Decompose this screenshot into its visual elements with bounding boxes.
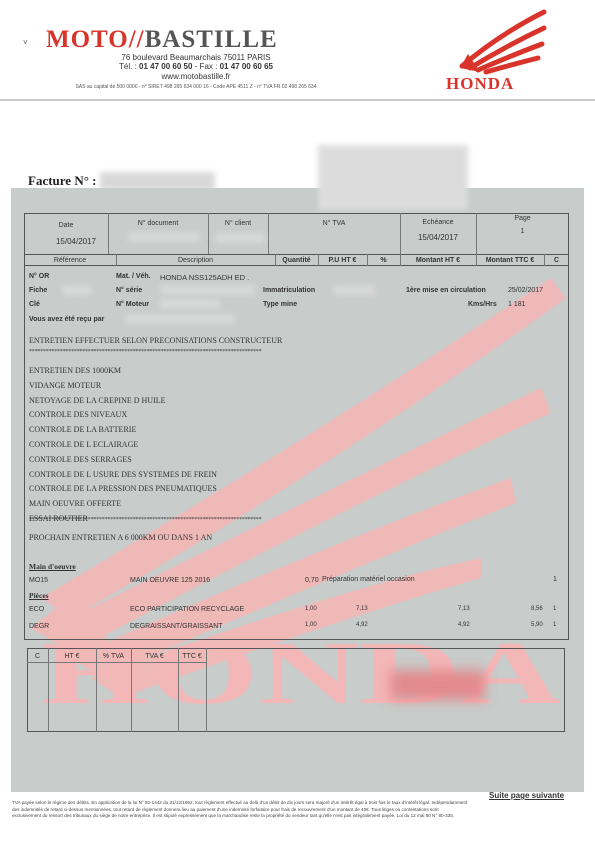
labor-c: 1 xyxy=(553,576,557,583)
legal-footer: TVA payée selon le régime des débits. En… xyxy=(12,800,587,820)
note-item: CONTROLE DES NIVEAUX xyxy=(29,410,127,419)
labor-qty: 0,70 xyxy=(305,577,319,584)
part-c: 1 xyxy=(553,606,556,612)
col-c: C xyxy=(544,257,569,264)
next-service-note: PROCHAIN ENTRETIEN A 6 000KM OU DANS 1 A… xyxy=(29,533,212,542)
col-description: Description xyxy=(116,257,275,264)
col-reference: Référence xyxy=(24,257,116,264)
received-by-label: Vous avez été reçu par xyxy=(29,316,104,323)
document-number-label: N° document xyxy=(108,220,208,227)
kms-value: 1 181 xyxy=(508,301,526,308)
key-label: Clé xyxy=(29,301,40,308)
registration-redacted xyxy=(333,285,375,295)
received-by-redacted xyxy=(125,314,235,324)
note-item: CONTROLE DE LA PRESSION DES PNEUMATIQUES xyxy=(29,484,217,493)
part-ttc: 5,90 xyxy=(531,622,543,628)
client-number-label: N° client xyxy=(208,220,268,227)
engine-number-label: N° Moteur xyxy=(116,301,149,308)
totals-col-vat: TVA € xyxy=(131,653,178,660)
part-pu: 4,92 xyxy=(356,622,368,628)
engine-number-redacted xyxy=(160,299,220,309)
kms-label: Kms/Hrs xyxy=(468,301,497,308)
part-desc: DEGRAISSANT/GRAISSANT xyxy=(130,623,223,630)
col-quantity: Quantité xyxy=(275,257,318,264)
part-c: 1 xyxy=(553,622,556,628)
labor-ref: MO15 xyxy=(29,577,48,584)
company-phone-line: Tél. : 01 47 00 60 50 - Fax : 01 47 00 6… xyxy=(46,62,346,71)
part-qty: 1,00 xyxy=(305,606,317,612)
col-amount-ttc: Montant TTC € xyxy=(476,257,544,264)
registration-label: Immatriculation xyxy=(263,287,315,294)
page-label: Page xyxy=(476,215,569,222)
note-item: CONTROLE DES SERRAGES xyxy=(29,455,132,464)
vehicle-label: Mat. / Véh. xyxy=(116,273,151,280)
due-date-label: Echéance xyxy=(400,219,476,226)
notes-separator: ****************************************… xyxy=(29,349,261,355)
note-item: CONTROLE DE L USURE DES SYSTEMES DE FREI… xyxy=(29,470,217,479)
fax-label: - Fax : xyxy=(195,62,218,71)
tel-label: Tél. : xyxy=(119,62,137,71)
or-label: N° OR xyxy=(29,273,49,280)
part-ht: 4,92 xyxy=(458,622,470,628)
fiche-label: Fiche xyxy=(29,287,47,294)
notes-separator-bottom: ****************************************… xyxy=(29,517,261,523)
part-qty: 1,00 xyxy=(305,622,317,628)
part-ttc: 8,56 xyxy=(531,606,543,612)
company-logo: MOTO//BASTILLE xyxy=(46,26,278,54)
due-date-value: 15/04/2017 xyxy=(400,233,476,242)
labor-section-title: Main d'oeuvre xyxy=(29,562,76,571)
client-number-redacted xyxy=(215,233,265,243)
continued-next-page: Suite page suivante xyxy=(489,791,564,800)
col-amount-ht: Montant HT € xyxy=(400,257,476,264)
notes-title: ENTRETIEN EFFECTUER SELON PRECONISATIONS… xyxy=(29,336,282,345)
date-label: Date xyxy=(24,222,108,229)
fax-number: 01 47 00 60 65 xyxy=(220,62,273,71)
logo-bastille: BASTILLE xyxy=(145,26,278,53)
company-legal: SAS au capital de 500 000€ - n° SIRET 49… xyxy=(46,84,346,90)
totals-col-c: C xyxy=(27,653,48,660)
note-item: CONTROLE DE LA BATTERIE xyxy=(29,425,136,434)
totals-col-ht: HT € xyxy=(48,653,96,660)
part-ht: 7,13 xyxy=(458,606,470,612)
totals-col-vat-rate: % TVA xyxy=(96,653,131,660)
note-item: CONTROLE DE L ECLAIRAGE xyxy=(29,440,138,449)
first-circulation-value: 25/02/2017 xyxy=(508,287,543,294)
scan-mark: ˅ xyxy=(23,38,28,47)
part-pu: 7,13 xyxy=(356,606,368,612)
col-unit-price: P.U HT € xyxy=(318,257,367,264)
honda-brand-text: HONDA xyxy=(446,74,514,94)
note-item: ENTRETIEN DES 1000KM xyxy=(29,366,121,375)
totals-col-ttc: TTC € xyxy=(178,653,206,660)
vat-number-label: N° TVA xyxy=(268,220,400,227)
part-ref: ECO xyxy=(29,606,44,613)
part-desc: ECO PARTICIPATION RECYCLAGE xyxy=(130,606,244,613)
serial-label: N° série xyxy=(116,287,142,294)
note-item: VIDANGE MOTEUR xyxy=(29,381,101,390)
footer-line-3: exclusivement du ressort des tribunaux d… xyxy=(12,813,587,820)
note-item: MAIN OEUVRE OFFERTE xyxy=(29,499,121,508)
serial-redacted xyxy=(160,285,255,295)
date-value: 15/04/2017 xyxy=(24,237,128,246)
fiche-redacted xyxy=(62,285,92,295)
note-item: NETOYAGE DE LA CREPINE D HUILE xyxy=(29,396,166,405)
tel-number: 01 47 00 60 50 xyxy=(139,62,192,71)
logo-moto: MOTO xyxy=(46,26,129,53)
logo-separator: // xyxy=(129,26,145,53)
part-ref: DEGR xyxy=(29,623,49,630)
col-percent: % xyxy=(367,257,400,264)
total-amount-redacted xyxy=(390,670,485,700)
document-number-redacted xyxy=(128,232,200,242)
parts-section-title: Pièces xyxy=(29,591,49,600)
type-mine-label: Type mine xyxy=(263,301,297,308)
invoice-lines-body xyxy=(24,265,569,640)
first-circulation-label: 1ère mise en circulation xyxy=(406,287,486,294)
header-divider xyxy=(0,99,595,101)
company-address: 76 boulevard Beaumarchais 75011 PARIS xyxy=(46,53,346,62)
vehicle-value: HONDA NSS125ADH ED . xyxy=(160,273,249,282)
page-value: 1 xyxy=(476,228,569,235)
invoice-title: Facture N° : xyxy=(28,173,97,189)
company-website: www.motobastille.fr xyxy=(46,72,346,81)
labor-extra: Préparation matériel occasion xyxy=(322,576,415,583)
labor-desc: MAIN OEUVRE 125 2016 xyxy=(130,577,210,584)
